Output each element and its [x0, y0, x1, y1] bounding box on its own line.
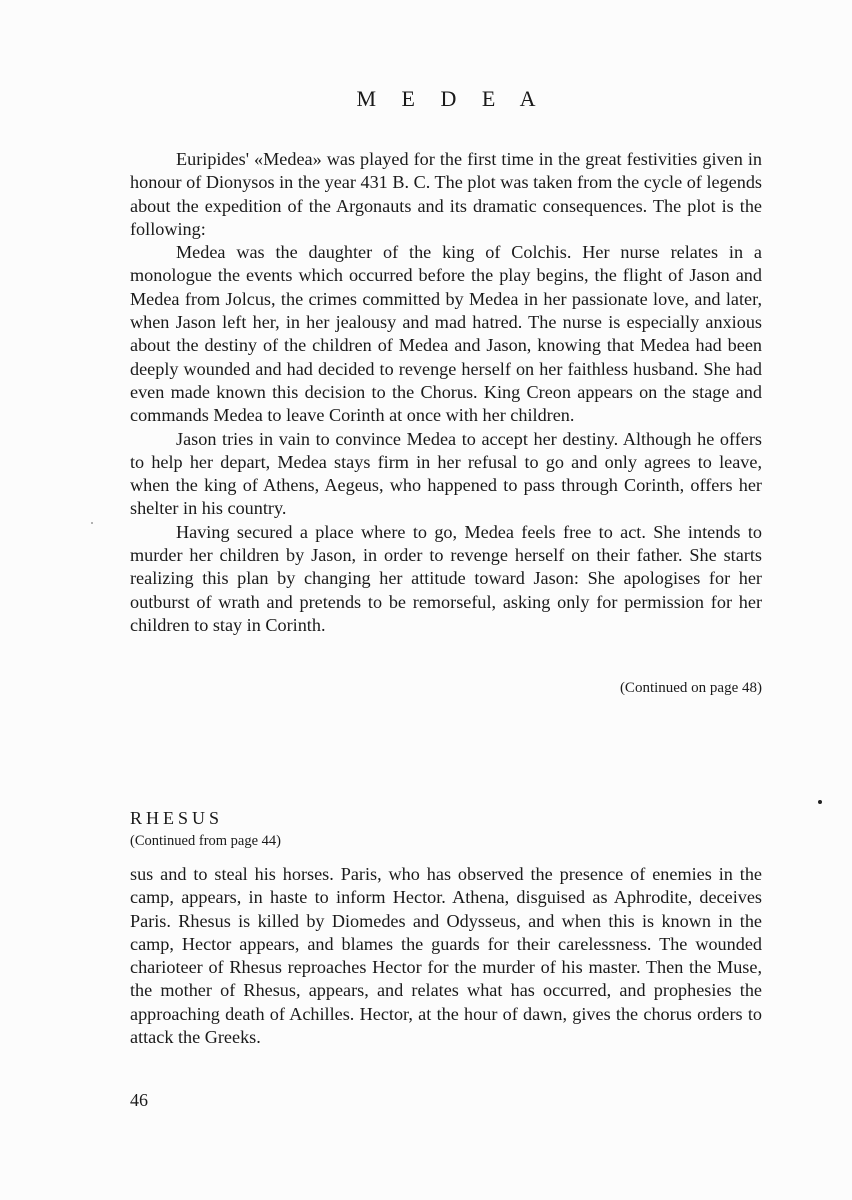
continued-on-note: (Continued on page 48) [620, 680, 762, 697]
medea-paragraph-3: Jason tries in vain to convince Medea to… [130, 428, 762, 521]
scan-speck [818, 800, 822, 804]
medea-paragraph-4: Having secured a place where to go, Mede… [130, 521, 762, 637]
rhesus-continued-from-note: (Continued from page 44) [130, 833, 281, 850]
medea-paragraph-1: Euripides' «Medea» was played for the fi… [130, 148, 762, 241]
medea-title: M E D E A [130, 86, 762, 112]
medea-synopsis: Euripides' «Medea» was played for the fi… [130, 148, 762, 637]
medea-paragraph-2: Medea was the daughter of the king of Co… [130, 241, 762, 427]
page-number: 46 [130, 1090, 148, 1111]
rhesus-title: RHESUS [130, 808, 223, 829]
scan-speck [91, 522, 93, 524]
rhesus-paragraph-1: sus and to steal his horses. Paris, who … [130, 863, 762, 1049]
rhesus-synopsis: sus and to steal his horses. Paris, who … [130, 863, 762, 1049]
